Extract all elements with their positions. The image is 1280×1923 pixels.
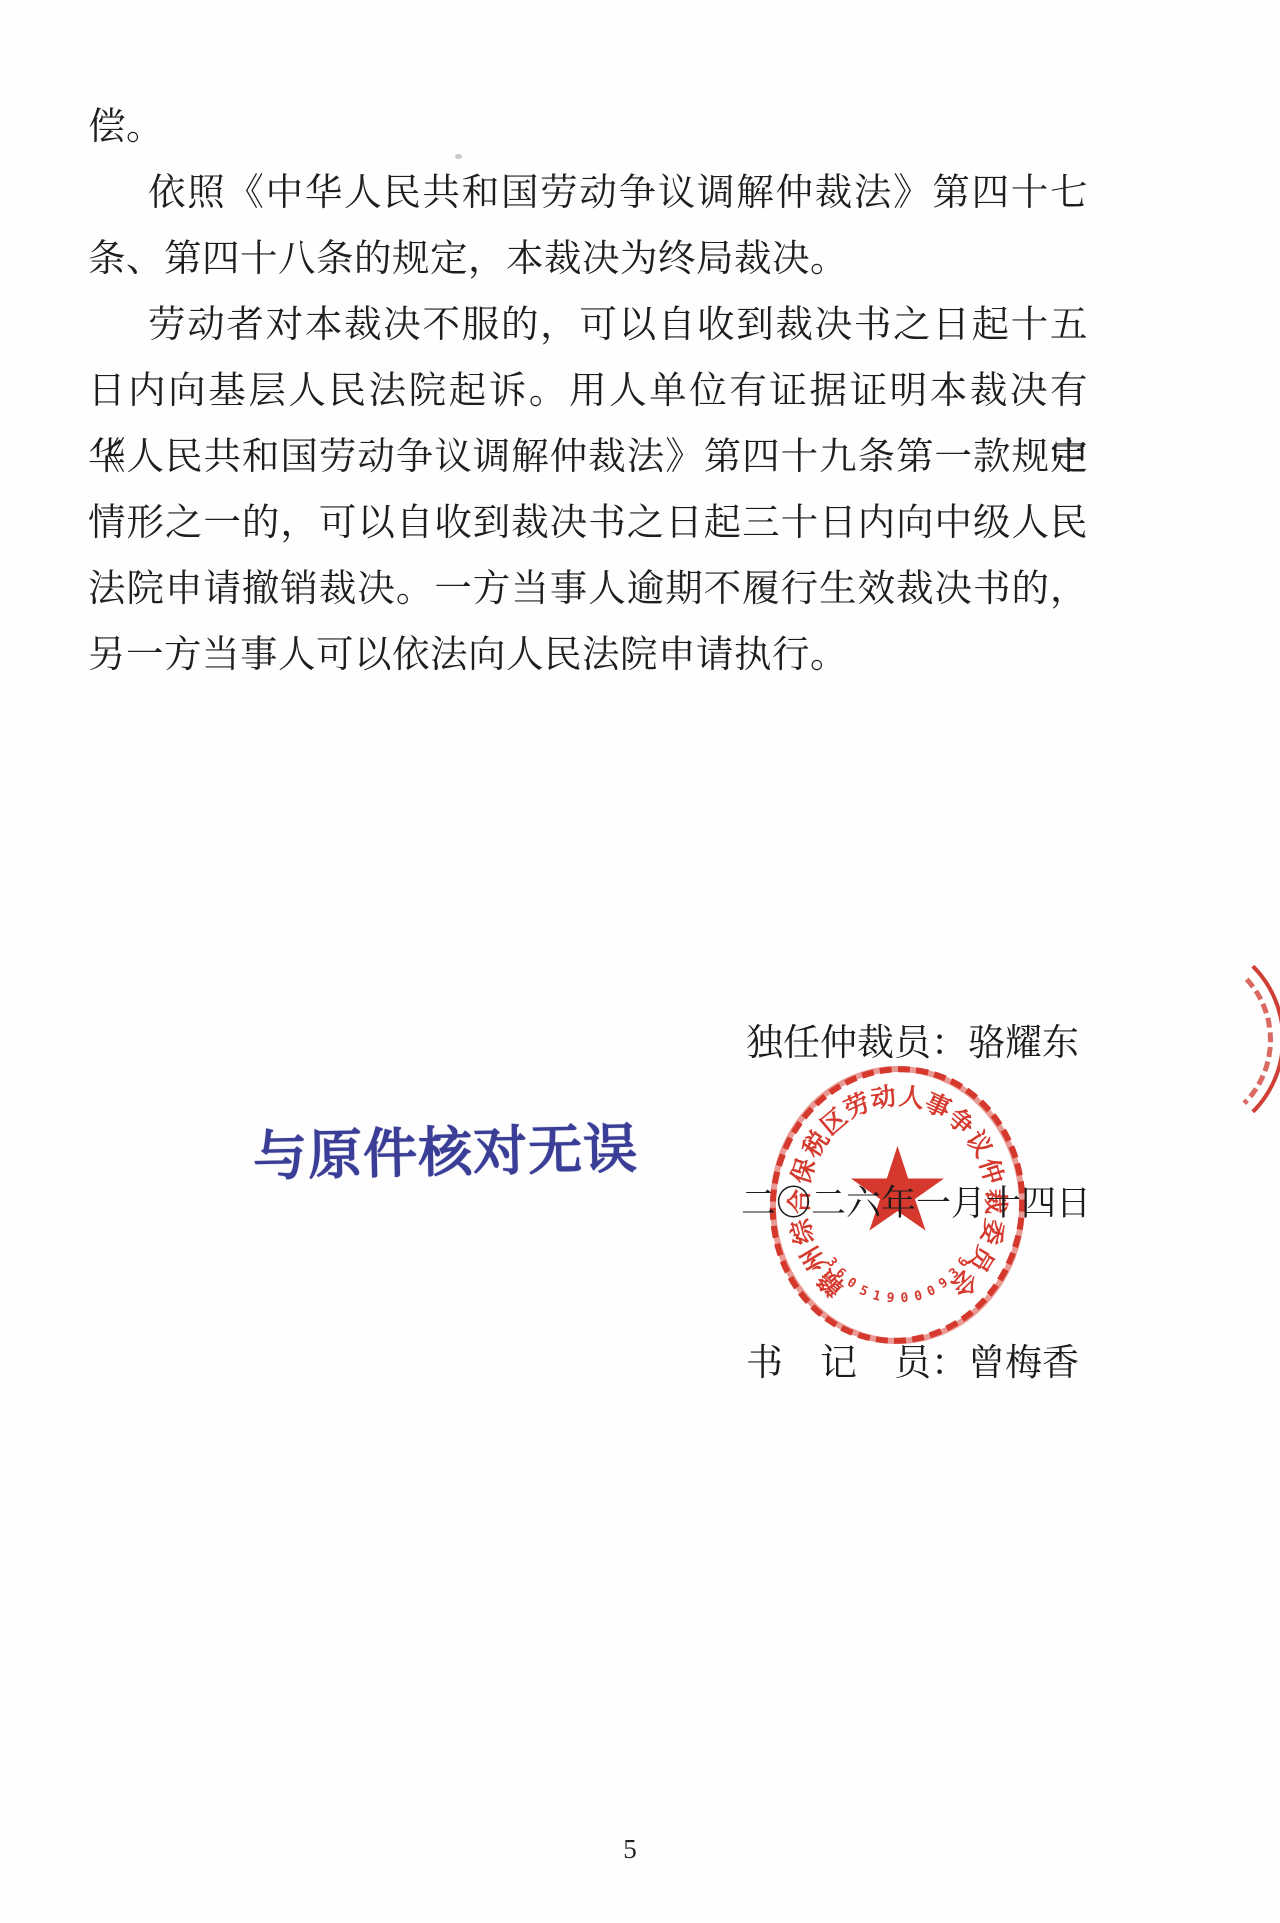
seal-ring-char: 动 [870,1084,898,1112]
body-line: 依照《中华人民共和国劳动争议调解仲裁法》第四十七 [88,161,1088,227]
document-page: 偿。依照《中华人民共和国劳动争议调解仲裁法》第四十七条、第四十八条的规定，本裁决… [0,0,1280,1923]
seal-code-digit: 0 [897,1292,911,1306]
body-line: 条、第四十八条的规定，本裁决为终局裁决。 [88,227,1088,293]
body-line: 日内向基层人民法院起诉。用人单位有证据证明本裁决有《中 [88,359,1088,425]
body-line: 偿。 [88,95,1088,161]
body-line: 华人民共和国劳动争议调解仲裁法》第四十九条第一款规定 [88,425,1088,491]
body-line: 另一方当事人可以依法向人民法院申请执行。 [88,623,1088,689]
body-line: 劳动者对本裁决不服的，可以自收到裁决书之日起十五 [88,293,1088,359]
verification-stamp: 与原件核对无误 [252,1106,639,1191]
seal-code-digit: 9 [884,1292,898,1306]
seal-ring-char: 人 [897,1084,925,1112]
page-number: 5 [0,1834,1270,1865]
arbitrator-line: 独任仲裁员：骆耀东 [746,1012,1079,1066]
edge-seal-arc-marks [1089,948,1273,1132]
date-line: 二〇二六年一月十四日 [741,1176,1091,1226]
body-line: 法院申请撤销裁决。一方当事人逾期不履行生效裁决书的， [88,557,1088,623]
body-line: 情形之一的，可以自收到裁决书之日起三十日内向中级人民 [88,491,1088,557]
scan-speck [455,154,462,159]
body-text: 偿。依照《中华人民共和国劳动争议调解仲裁法》第四十七条、第四十八条的规定，本裁决… [88,95,1088,689]
